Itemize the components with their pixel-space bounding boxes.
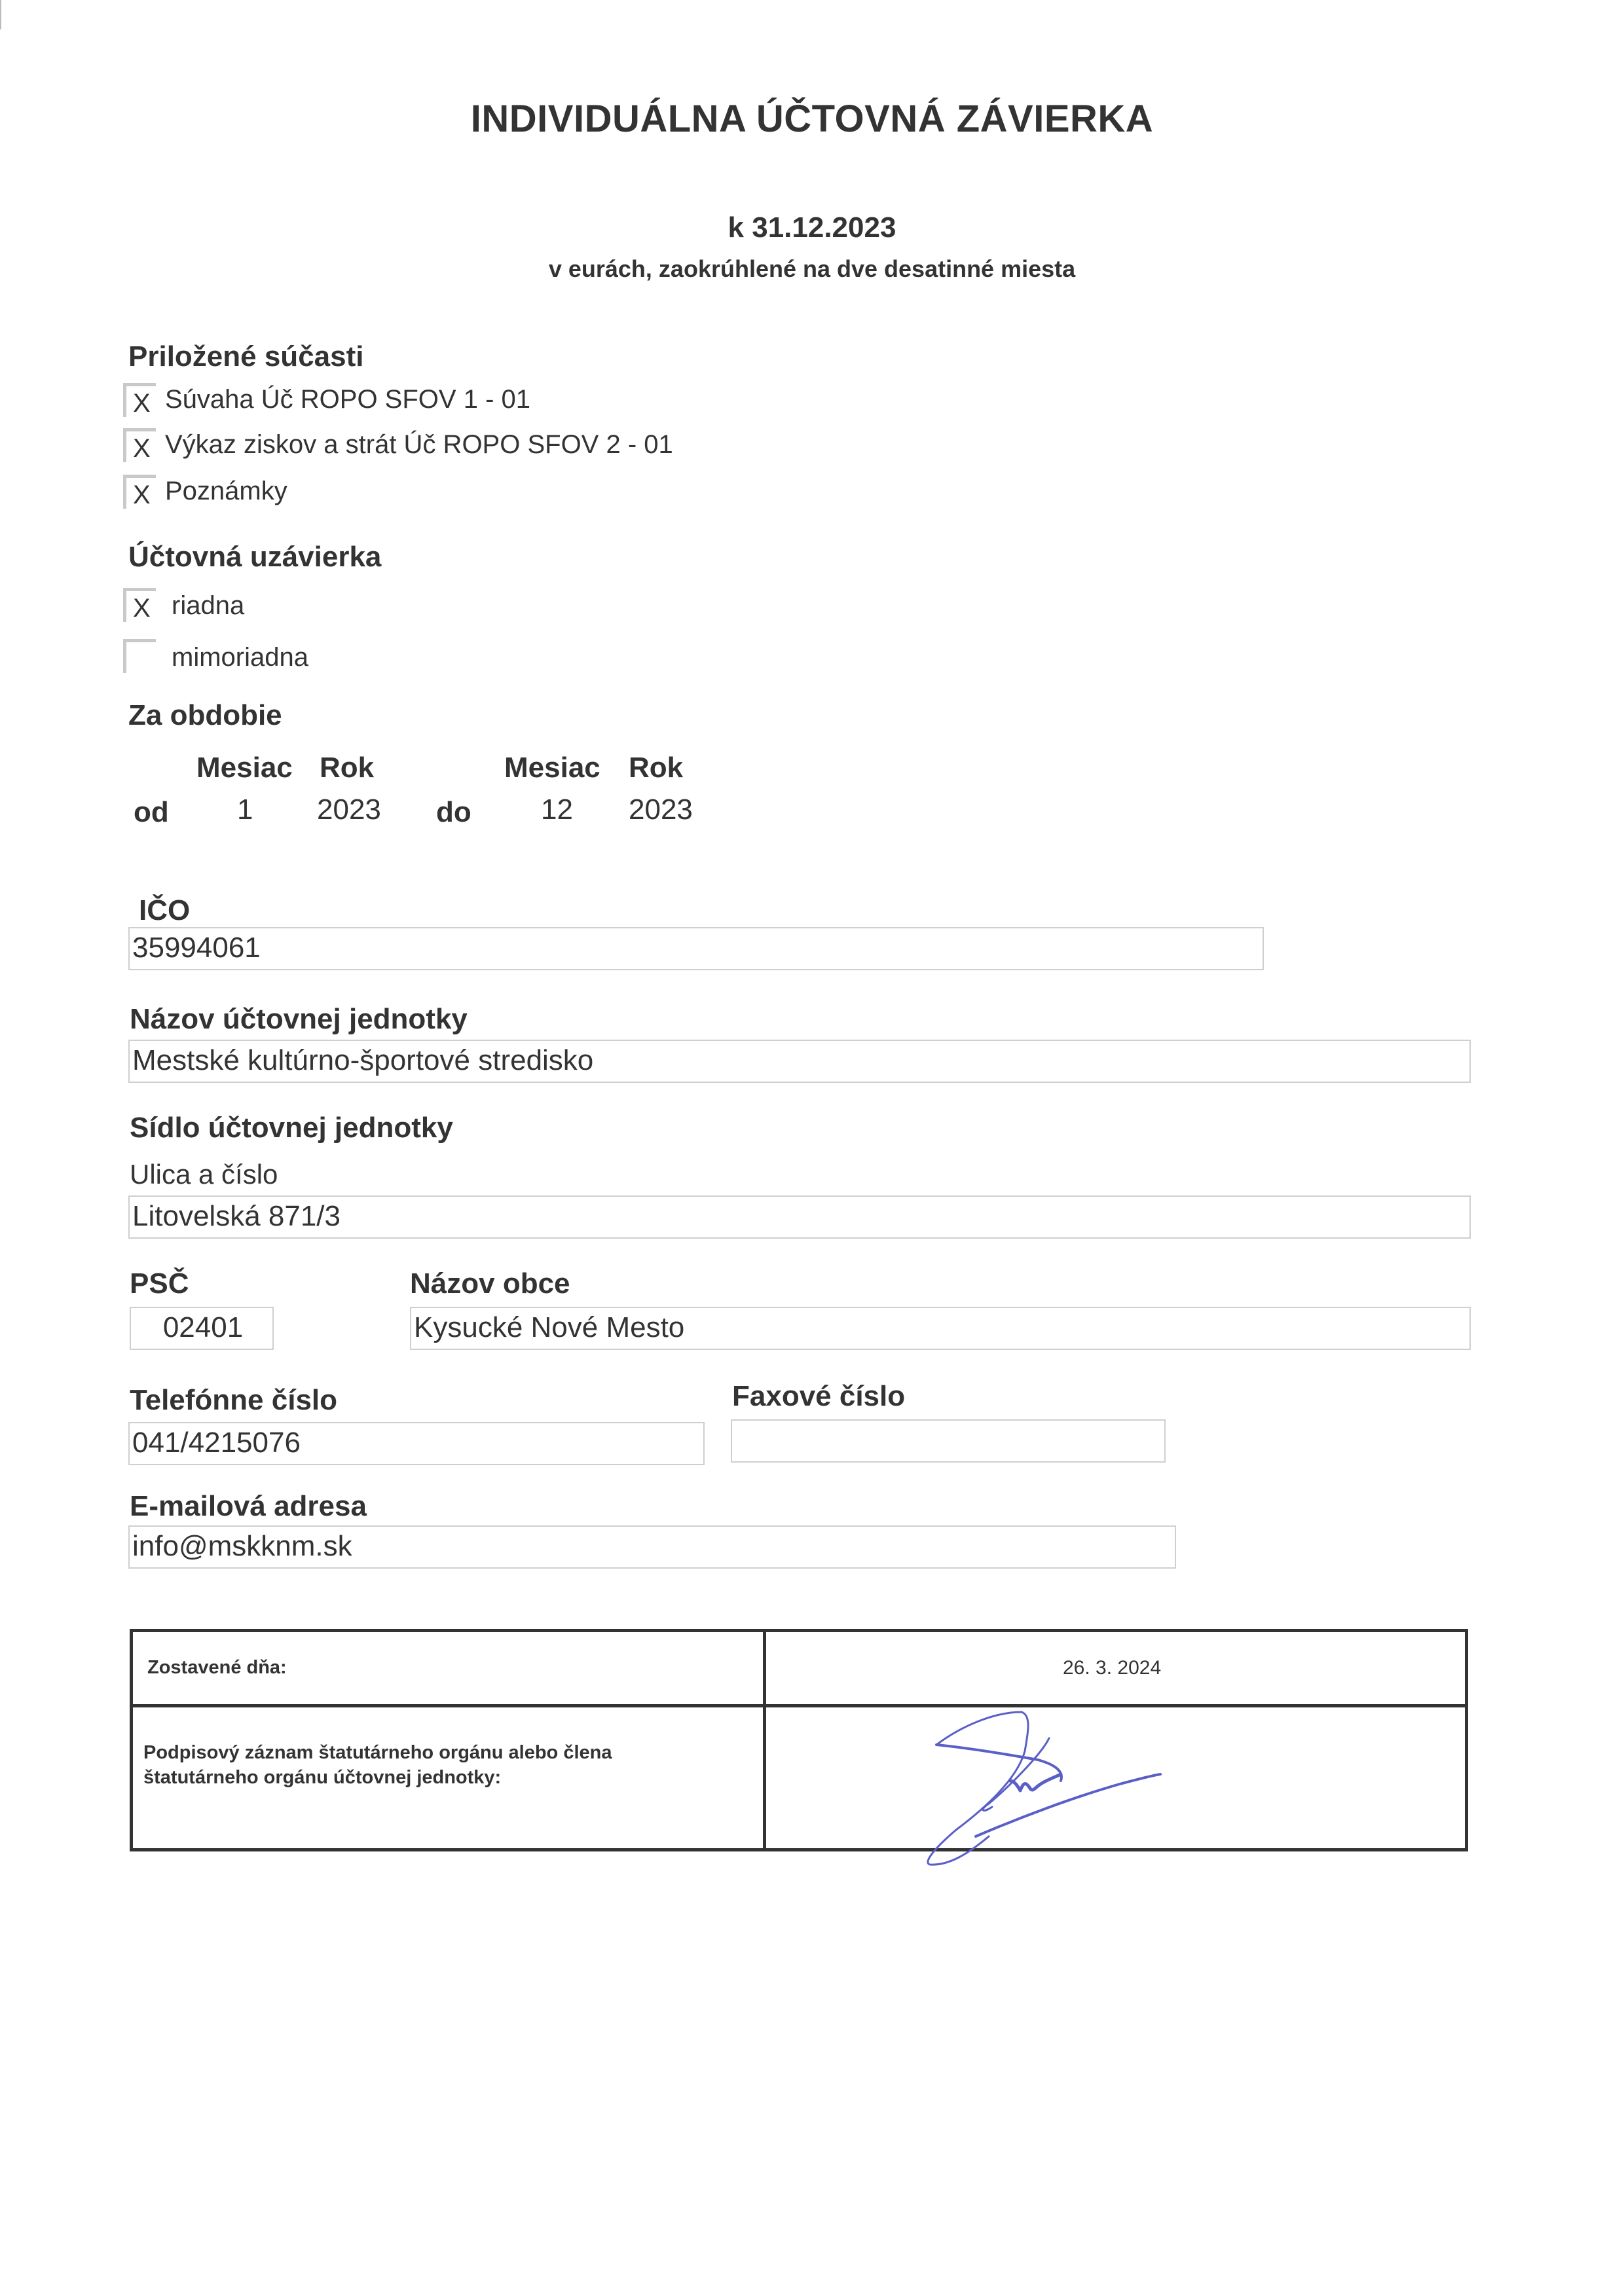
- units-note: v eurách, zaokrúhlené na dve desatinné m…: [0, 255, 1624, 283]
- checkbox[interactable]: X: [123, 383, 156, 417]
- document-title: INDIVIDUÁLNA ÚČTOVNÁ ZÁVIERKA: [0, 97, 1624, 141]
- to-year-label: Rok: [629, 752, 683, 784]
- email-label: E-mailová adresa: [130, 1490, 367, 1523]
- phone-label: Telefónne číslo: [130, 1384, 337, 1417]
- closing-type-extraordinary[interactable]: [123, 639, 156, 673]
- signature-label-line2: štatutárneho orgánu účtovnej jednotky:: [143, 1767, 501, 1789]
- attached-components-heading: Priložené súčasti: [128, 340, 363, 373]
- psc-field[interactable]: 02401: [130, 1307, 274, 1350]
- fax-field[interactable]: [731, 1419, 1166, 1463]
- from-year-label: Rok: [320, 752, 374, 784]
- seat-heading: Sídlo účtovnej jednotky: [130, 1112, 453, 1144]
- fax-label: Faxové číslo: [732, 1380, 905, 1413]
- from-label: od: [134, 796, 169, 829]
- to-label: do: [436, 796, 471, 829]
- period-heading: Za obdobie: [128, 699, 282, 732]
- closing-type-label: riadna: [172, 591, 244, 621]
- from-month-label: Mesiac: [196, 752, 293, 784]
- compiled-label: Zostavené dňa:: [147, 1657, 287, 1679]
- checkbox[interactable]: X: [123, 428, 156, 462]
- ico-label: IČO: [139, 894, 190, 927]
- from-year-value: 2023: [317, 793, 381, 826]
- attached-item-label: Poznámky: [165, 477, 287, 506]
- street-field[interactable]: Litovelská 871/3: [128, 1195, 1471, 1239]
- signature-label-line1: Podpisový záznam štatutárneho orgánu ale…: [143, 1742, 612, 1764]
- attached-item-notes[interactable]: X: [123, 475, 156, 509]
- compiled-date: 26. 3. 2024: [1063, 1657, 1161, 1679]
- closing-type-heading: Účtovná uzávierka: [128, 541, 381, 574]
- scan-edge-mark: [0, 0, 1, 29]
- closing-type-regular[interactable]: X: [123, 588, 156, 622]
- to-year-value: 2023: [629, 793, 693, 826]
- signature-table: Zostavené dňa: 26. 3. 2024 Podpisový záz…: [130, 1629, 1468, 1851]
- to-month-value: 12: [541, 793, 573, 826]
- closing-type-label: mimoriadna: [172, 643, 308, 672]
- from-month-value: 1: [237, 793, 253, 826]
- compiled-row: [133, 1632, 1465, 1707]
- city-label: Názov obce: [410, 1267, 570, 1300]
- attached-item-label: Súvaha Úč ROPO SFOV 1 - 01: [165, 385, 530, 414]
- street-label: Ulica a číslo: [130, 1159, 278, 1190]
- handwritten-signature: [904, 1689, 1198, 1899]
- entity-name-field[interactable]: Mestské kultúrno-športové stredisko: [128, 1040, 1471, 1083]
- table-divider: [763, 1632, 766, 1848]
- checkbox[interactable]: [123, 639, 156, 673]
- phone-field[interactable]: 041/4215076: [128, 1422, 705, 1465]
- checkbox[interactable]: X: [123, 588, 156, 622]
- attached-item-label: Výkaz ziskov a strát Úč ROPO SFOV 2 - 01: [165, 430, 673, 460]
- email-field[interactable]: info@mskknm.sk: [128, 1525, 1176, 1569]
- as-of-date: k 31.12.2023: [0, 211, 1624, 244]
- to-month-label: Mesiac: [504, 752, 600, 784]
- ico-field[interactable]: 35994061: [128, 927, 1264, 970]
- attached-item-income-statement[interactable]: X: [123, 428, 156, 462]
- checkbox[interactable]: X: [123, 475, 156, 509]
- attached-item-balance-sheet[interactable]: X: [123, 383, 156, 417]
- city-field[interactable]: Kysucké Nové Mesto: [410, 1307, 1471, 1350]
- psc-label: PSČ: [130, 1267, 189, 1300]
- entity-name-label: Názov účtovnej jednotky: [130, 1003, 468, 1036]
